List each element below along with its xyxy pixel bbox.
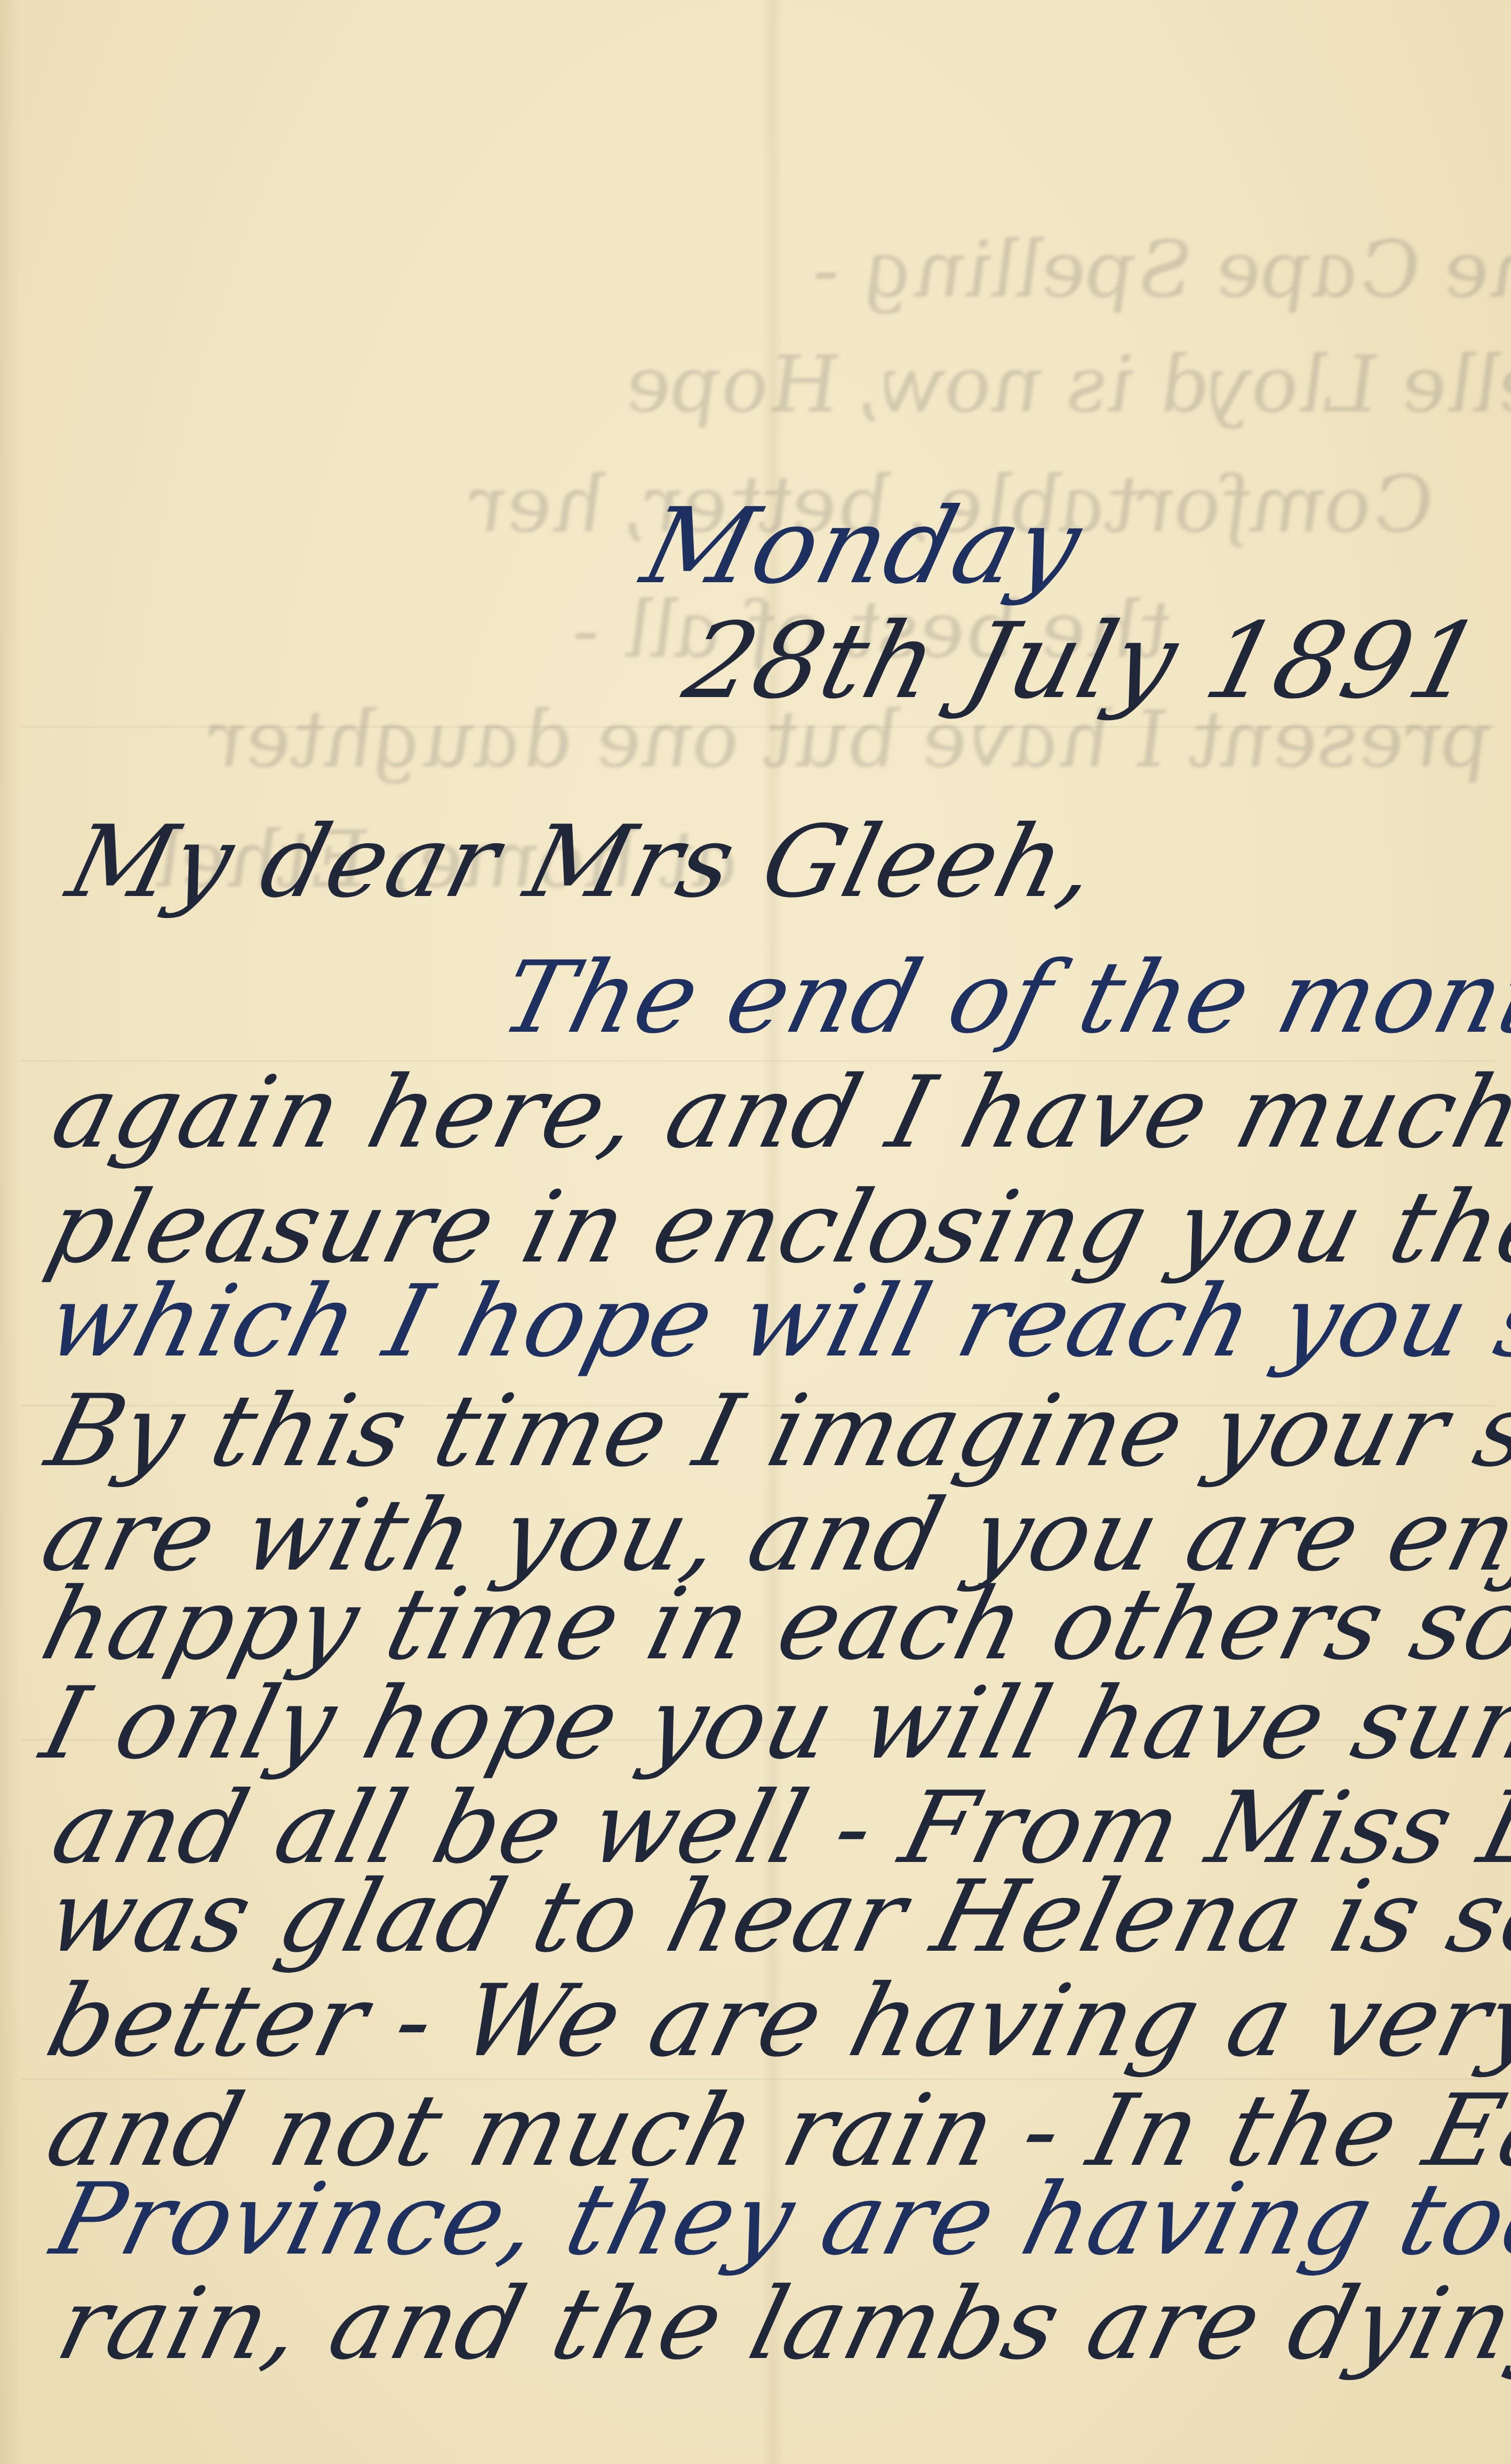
letter-day: Monday [632,486,1093,607]
body-line: was glad to hear Helena is so much [37,1859,1511,1974]
ruled-line [21,726,1495,728]
body-line: happy time in each others society [31,1566,1511,1682]
salutation: My dear Mrs Gleeh, [57,804,1109,919]
bleed-through-text: the Cape Spelling - [800,225,1511,315]
body-line: which I hope will reach you safely - [37,1264,1511,1379]
bleed-through-text: Your Belle Lloyd is now, Hope [612,339,1511,430]
body-line: rain, and the lambs are dying, & [47,2266,1511,2382]
body-line: again here, and I have much [42,1055,1511,1170]
body-line: I only hope you will have sunny skies [31,1666,1511,1781]
body-line: Province, they are having too much [42,2162,1511,2277]
body-line: By this time I imagine your sisters [37,1373,1511,1489]
letter-paper: the Cape Spelling - Your Belle Lloyd is … [0,0,1511,2464]
letter-date: 28th July 1891 [674,600,1494,722]
body-line: The end of the month is [491,940,1511,1055]
body-line: better - We are having a very mild winte… [37,1963,1511,2079]
